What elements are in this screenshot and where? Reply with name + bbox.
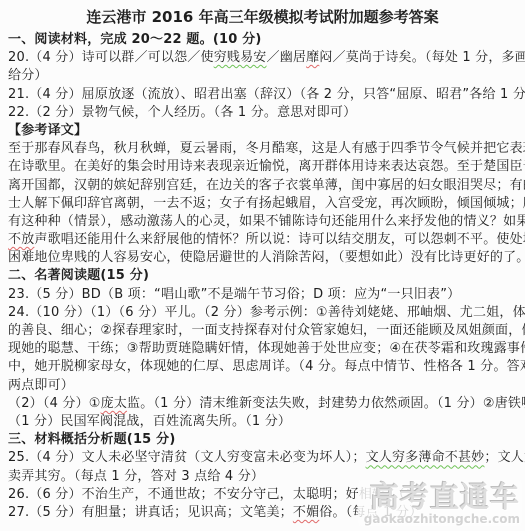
heading-line: 三、材料概括分析题(15 分) [8, 431, 517, 449]
text-line: 中，她开脱柳家母女，体现她的仁厚、思虑周详。（4 分。每点中情节、性格各 1 分… [8, 358, 517, 376]
text-segment: 两点即可） [8, 378, 74, 393]
text-line: （2）（4 分）①庞太监。（1 分）清末维新变法失败，封建势力依然顽固。（1 分… [8, 395, 517, 413]
text-line: 有这种种（情景），感动激荡人的心灵，如果不铺陈诗句还能用什么来抒发他的情义？如果 [8, 213, 517, 231]
document-body: 一、阅读材料，完成 20～22 题。(10 分)20.（4 分）诗可以群／可以怨… [8, 31, 517, 522]
text-line: 25.（4 分）文人未必坚守清贫（文人穷变富未必变为坏人）；文人穷多薄命不甚妙；… [8, 449, 517, 467]
text-segment: 现她的聪慧、干练；③帮助贾琏隐瞒奸情，体现她善于处世应变；④在茯苓霜和玫瑰露事件 [8, 341, 525, 356]
text-line: 两点即可） [8, 377, 517, 395]
text-segment: 22.（2 分）景物气候，个人经历。（各 1 分。意思对即可） [8, 105, 356, 120]
text-segment: 【参考译文】 [8, 123, 87, 138]
text-segment: ；文人好 [484, 450, 525, 465]
text-segment: 二、名著阅读题(15 分) [8, 268, 149, 283]
text-segment: 23.（5 分）BD（B 项：“唱山歌”不是端午节习俗；D 项：应为“一只旧表”… [8, 287, 460, 302]
text-segment: 声歌唱还能用什么来舒展他的情怀？所以说：诗可以结交朋友，可以怨刺不平。使处境 [34, 232, 525, 247]
text-line: 士人解下佩印辞官离朝，一去不返；女子有扬起蛾眉，入宫受宠，再次顾盼，倾国倾城；所 [8, 195, 517, 213]
text-line: 21.（4 分）屈原放逐（流放）、昭君出塞（辞汉）（各 2 分，只答“屈原、昭君… [8, 86, 517, 104]
text-segment: 三、材料概括分析题(15 分) [8, 432, 176, 447]
watermark-url-text: gaokaozhitongche.com [364, 512, 520, 526]
text-line: 23.（5 分）BD（B 项：“唱山歌”不是端午节习俗；D 项：应为“一只旧表”… [8, 286, 517, 304]
text-segment: 24.（10 分）（1）（6 分）平儿。（2 分）参考示例：①善待刘姥姥、邢岫烟… [8, 305, 525, 320]
text-segment: 至于那春风春鸟，秋月秋蝉，夏云暑雨，冬月酷寒，这是人有感于四季节令气候并把它表现 [8, 141, 525, 156]
heading-line: 二、名著阅读题(15 分) [8, 267, 517, 285]
text-line: 给分） [8, 67, 517, 85]
spellcheck-underline: 庞太 [101, 396, 127, 411]
text-segment: 离开国都，汉朝的嫔妃辞别宫廷，在边关的客子衣裳单薄，闺中寡居的妇女眼泪哭尽；有的 [8, 178, 525, 193]
text-segment: （2）（4 分）① [8, 396, 101, 411]
spellcheck-underline: 靡 [306, 50, 319, 65]
text-segment: （1 分）民国军阀混战，百姓流离失所。（1 分） [8, 414, 291, 429]
heading-line: 一、阅读材料，完成 20～22 题。(10 分) [8, 31, 517, 49]
text-line: 的善良、细心；②探春理家时，一面支持探春对付众管家媳妇，一面还能顾及凤姐颜面，体 [8, 322, 517, 340]
text-line: 现她的聪慧、干练；③帮助贾琏隐瞒奸情，体现她善于处世应变；④在茯苓霜和玫瑰露事件 [8, 340, 517, 358]
text-segment: 监。（1 分）清末维新变法失败，封建势力依然顽固。（1 分）②唐铁嘴。 [127, 396, 525, 411]
spellcheck-underline: 不媚 [293, 505, 319, 520]
text-segment: 20.（4 分）诗可以群／可以怨／使 [8, 50, 214, 65]
text-line: 在诗歌里。在美好的集会时用诗来表现亲近愉悦，离开群体用诗来表达哀怨。至于楚国臣子 [8, 158, 517, 176]
text-segment: 的善良、细心；②探春理家时，一面支持探春对付众管家媳妇，一面还能顾及凤姐颜面，体 [8, 323, 525, 338]
text-line: 22.（2 分）景物气候，个人经历。（各 1 分。意思对即可） [8, 104, 517, 122]
text-segment: 士人解下佩印辞官离朝，一去不返；女子有扬起蛾眉，入宫受宠，再次顾盼，倾国倾城；所 [8, 196, 525, 211]
text-line: 24.（10 分）（1）（6 分）平儿。（2 分）参考示例：①善待刘姥姥、邢岫烟… [8, 304, 517, 322]
text-line: 困难地位卑贱的人容易安心，使隐居避世的人消除苦闷，（要想如此）没有比诗更好的了。 [8, 249, 517, 267]
text-segment: 26.（6 分）不治生产，不通世故；不安分守己，太聪明；好相轻。（每 [8, 487, 418, 502]
text-segment: 一、阅读材料，完成 20～22 题。(10 分) [8, 32, 262, 47]
text-segment: 在诗歌里。在美好的集会时用诗来表现亲近愉悦，离开群体用诗来表达哀怨。至于楚国臣子 [8, 159, 525, 174]
grammar-underline: 穷贱易安 [214, 50, 267, 65]
grammar-underline: 文人穷多薄命不甚妙 [366, 450, 485, 465]
text-segment: 25.（4 分）文人未必坚守清贫（文人穷变富未必变为坏人）； [8, 450, 366, 465]
text-segment: 有这种种（情景），感动激荡人的心灵，如果不铺陈诗句还能用什么来抒发他的情义？如果 [8, 214, 525, 229]
text-segment: 闷／莫尚于诗矣。（每处 1 分，多画不 [319, 50, 525, 65]
text-segment: 困难地位卑贱的人容易安心，使隐居避世的人消除苦闷，（要想如此）没有比诗更好的了。 [8, 250, 525, 265]
text-line: 离开国都，汉朝的嫔妃辞别宫廷，在边关的客子衣裳单薄，闺中寡居的妇女眼泪哭尽；有的 [8, 177, 517, 195]
document-title: 连云港市 2016 年高三年级模拟考试附加题参考答案 [8, 5, 517, 29]
text-segment: 21.（4 分）屈原放逐（流放）、昭君出塞（辞汉）（各 2 分，只答“屈原、昭君… [8, 87, 525, 102]
watermark-brand-text: 高考直通车 [364, 482, 520, 512]
heading-line: 【参考译文】 [8, 122, 517, 140]
text-line: （1 分）民国军阀混战，百姓流离失所。（1 分） [8, 413, 517, 431]
text-line: 不放声歌唱还能用什么来舒展他的情怀？所以说：诗可以结交朋友，可以怨刺不平。使处境 [8, 231, 517, 249]
text-segment: 卖弄其穷。（每点 1 分，答对 3 点给 4 分） [8, 469, 264, 484]
text-segment: ／幽居 [267, 50, 307, 65]
text-line: 20.（4 分）诗可以群／可以怨／使穷贱易安／幽居靡闷／莫尚于诗矣。（每处 1 … [8, 49, 517, 67]
spellcheck-underline: 不放 [8, 232, 34, 247]
text-segment: 给分） [8, 68, 48, 83]
text-segment: 中，她开脱柳家母女，体现她的仁厚、思虑周详。（4 分。每点中情节、性格各 1 分… [8, 359, 525, 374]
watermark: 高考直通车 gaokaozhitongche.com [358, 480, 522, 526]
answer-key-document: 连云港市 2016 年高三年级模拟考试附加题参考答案 一、阅读材料，完成 20～… [0, 0, 525, 531]
text-segment: 27.（5 分）有胆量；讲真话；见识高；文笔美； [8, 505, 293, 520]
text-line: 至于那春风春鸟，秋月秋蝉，夏云暑雨，冬月酷寒，这是人有感于四季节令气候并把它表现 [8, 140, 517, 158]
